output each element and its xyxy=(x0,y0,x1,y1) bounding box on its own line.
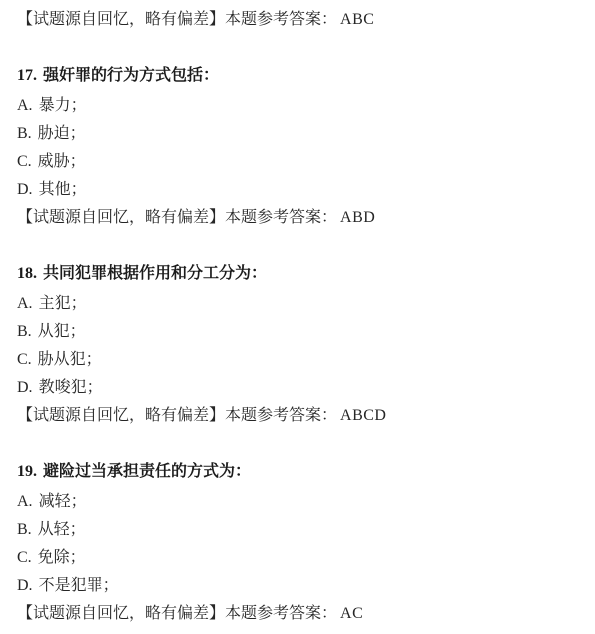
option-label: A. xyxy=(17,493,33,510)
question-block: 18.共同犯罪根据作用和分工分为： A.主犯； B.从犯； C.胁从犯； D.教… xyxy=(17,260,579,430)
document-page: 【试题源自回忆，略有偏差】本题参考答案：ABC 17.强奸罪的行为方式包括： A… xyxy=(0,0,595,628)
source-note: 【试题源自回忆，略有偏差】 xyxy=(17,209,225,226)
answer-label: 本题参考答案： xyxy=(225,11,337,28)
option-text: 教唆犯； xyxy=(39,379,103,396)
question-title: 19.避险过当承担责任的方式为： xyxy=(17,458,579,486)
option-label: C. xyxy=(17,351,32,368)
option-text: 暴力； xyxy=(39,97,87,114)
option-row: D.教唆犯； xyxy=(17,374,579,402)
option-label: A. xyxy=(17,97,33,114)
previous-answer-line: 【试题源自回忆，略有偏差】本题参考答案：ABC xyxy=(17,6,579,34)
source-note: 【试题源自回忆，略有偏差】 xyxy=(17,11,225,28)
option-row: C.威胁； xyxy=(17,148,579,176)
source-note: 【试题源自回忆，略有偏差】 xyxy=(17,605,225,622)
option-text: 减轻； xyxy=(39,493,87,510)
question-number: 18. xyxy=(17,265,37,282)
option-text: 胁迫； xyxy=(38,125,86,142)
answer-value: ABD xyxy=(340,209,375,226)
answer-line: 【试题源自回忆，略有偏差】本题参考答案：ABD xyxy=(17,204,579,232)
option-row: A.主犯； xyxy=(17,290,579,318)
option-text: 其他； xyxy=(39,181,87,198)
option-text: 胁从犯； xyxy=(38,351,102,368)
option-label: B. xyxy=(17,125,32,142)
option-text: 不是犯罪； xyxy=(39,577,119,594)
answer-label: 本题参考答案： xyxy=(225,209,337,226)
answer-line: 【试题源自回忆，略有偏差】本题参考答案：ABCD xyxy=(17,402,579,430)
option-label: C. xyxy=(17,153,32,170)
option-text: 主犯； xyxy=(39,295,87,312)
question-title-text: 共同犯罪根据作用和分工分为： xyxy=(43,265,267,282)
option-text: 免除； xyxy=(38,549,86,566)
option-label: A. xyxy=(17,295,33,312)
answer-label: 本题参考答案： xyxy=(225,605,337,622)
question-title-text: 避险过当承担责任的方式为： xyxy=(43,463,251,480)
option-row: A.减轻； xyxy=(17,488,579,516)
option-row: C.胁从犯； xyxy=(17,346,579,374)
option-row: B.胁迫； xyxy=(17,120,579,148)
option-row: D.其他； xyxy=(17,176,579,204)
question-title: 18.共同犯罪根据作用和分工分为： xyxy=(17,260,579,288)
option-label: B. xyxy=(17,323,32,340)
option-text: 从轻； xyxy=(38,521,86,538)
question-number: 17. xyxy=(17,67,37,84)
option-label: D. xyxy=(17,181,33,198)
option-row: C.免除； xyxy=(17,544,579,572)
question-title: 17.强奸罪的行为方式包括： xyxy=(17,62,579,90)
question-block: 17.强奸罪的行为方式包括： A.暴力； B.胁迫； C.威胁； D.其他； 【… xyxy=(17,62,579,232)
option-label: D. xyxy=(17,577,33,594)
option-label: D. xyxy=(17,379,33,396)
option-row: B.从轻； xyxy=(17,516,579,544)
answer-value: AC xyxy=(340,605,363,622)
question-title-text: 强奸罪的行为方式包括： xyxy=(43,67,219,84)
option-row: A.暴力； xyxy=(17,92,579,120)
answer-label: 本题参考答案： xyxy=(225,407,337,424)
option-text: 从犯； xyxy=(38,323,86,340)
option-label: C. xyxy=(17,549,32,566)
question-number: 19. xyxy=(17,463,37,480)
option-text: 威胁； xyxy=(38,153,86,170)
answer-line: 【试题源自回忆，略有偏差】本题参考答案：AC xyxy=(17,600,579,628)
source-note: 【试题源自回忆，略有偏差】 xyxy=(17,407,225,424)
option-row: B.从犯； xyxy=(17,318,579,346)
answer-value: ABCD xyxy=(340,407,386,424)
answer-value: ABC xyxy=(340,11,374,28)
option-label: B. xyxy=(17,521,32,538)
option-row: D.不是犯罪； xyxy=(17,572,579,600)
question-block: 19.避险过当承担责任的方式为： A.减轻； B.从轻； C.免除； D.不是犯… xyxy=(17,458,579,628)
